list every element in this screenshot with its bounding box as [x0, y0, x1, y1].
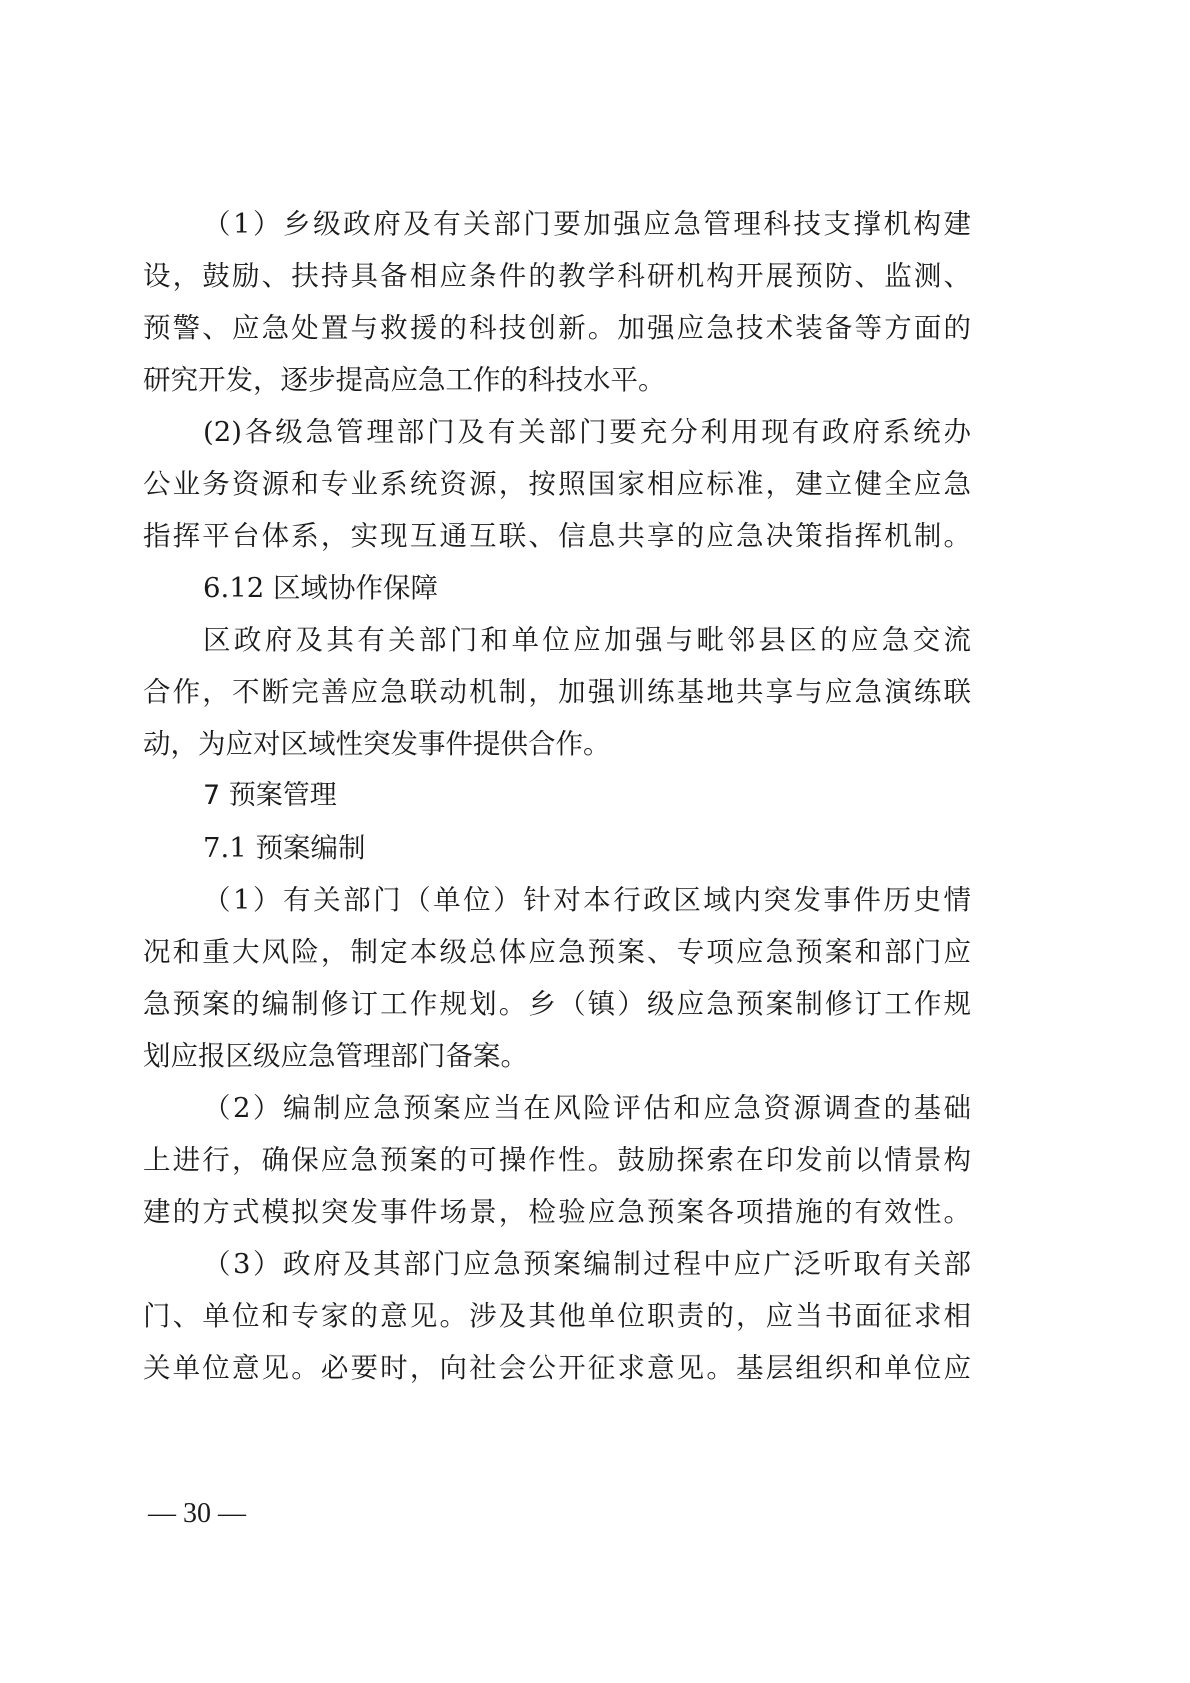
paragraph-line: 公业务资源和专业系统资源，按照国家相应标准，建立健全应急 [143, 458, 971, 510]
paragraph-line: 划应报区级应急管理部门备案。 [143, 1030, 971, 1082]
paragraph-line: 合作，不断完善应急联动机制，加强训练基地共享与应急演练联 [143, 666, 971, 718]
paragraph-line: 关单位意见。必要时，向社会公开征求意见。基层组织和单位应 [143, 1342, 971, 1394]
section-heading-6-12: 6.12 区域协作保障 [143, 562, 971, 614]
paragraph-line: 区政府及其有关部门和单位应加强与毗邻县区的应急交流 [143, 614, 971, 666]
paragraph-line: 急预案的编制修订工作规划。乡（镇）级应急预案制修订工作规 [143, 978, 971, 1030]
section-heading-7-1: 7.1 预案编制 [143, 822, 971, 874]
paragraph-line: 预警、应急处置与救援的科技创新。加强应急技术装备等方面的 [143, 302, 971, 354]
paragraph-line: 设，鼓励、扶持具备相应条件的教学科研机构开展预防、监测、 [143, 250, 971, 302]
body-text: （1）乡级政府及有关部门要加强应急管理科技支撑机构建 设，鼓励、扶持具备相应条件… [143, 198, 971, 1394]
page-number: — 30 — [148, 1498, 246, 1530]
paragraph-line: （1）有关部门（单位）针对本行政区域内突发事件历史情 [143, 874, 971, 926]
paragraph-line: (2)各级急管理部门及有关部门要充分利用现有政府系统办 [143, 406, 971, 458]
document-page: （1）乡级政府及有关部门要加强应急管理科技支撑机构建 设，鼓励、扶持具备相应条件… [0, 0, 1190, 1683]
paragraph-line: 动，为应对区域性突发事件提供合作。 [143, 718, 971, 770]
paragraph-line: 研究开发，逐步提高应急工作的科技水平。 [143, 354, 971, 406]
paragraph-line: （1）乡级政府及有关部门要加强应急管理科技支撑机构建 [143, 198, 971, 250]
paragraph-line: （3）政府及其部门应急预案编制过程中应广泛听取有关部 [143, 1238, 971, 1290]
paragraph-line: 门、单位和专家的意见。涉及其他单位职责的，应当书面征求相 [143, 1290, 971, 1342]
paragraph-line: 况和重大风险，制定本级总体应急预案、专项应急预案和部门应 [143, 926, 971, 978]
paragraph-line: 建的方式模拟突发事件场景，检验应急预案各项措施的有效性。 [143, 1186, 971, 1238]
chapter-heading-7: 7 预案管理 [143, 770, 971, 822]
paragraph-line: 指挥平台体系，实现互通互联、信息共享的应急决策指挥机制。 [143, 510, 971, 562]
paragraph-line: （2）编制应急预案应当在风险评估和应急资源调查的基础 [143, 1082, 971, 1134]
paragraph-line: 上进行，确保应急预案的可操作性。鼓励探索在印发前以情景构 [143, 1134, 971, 1186]
